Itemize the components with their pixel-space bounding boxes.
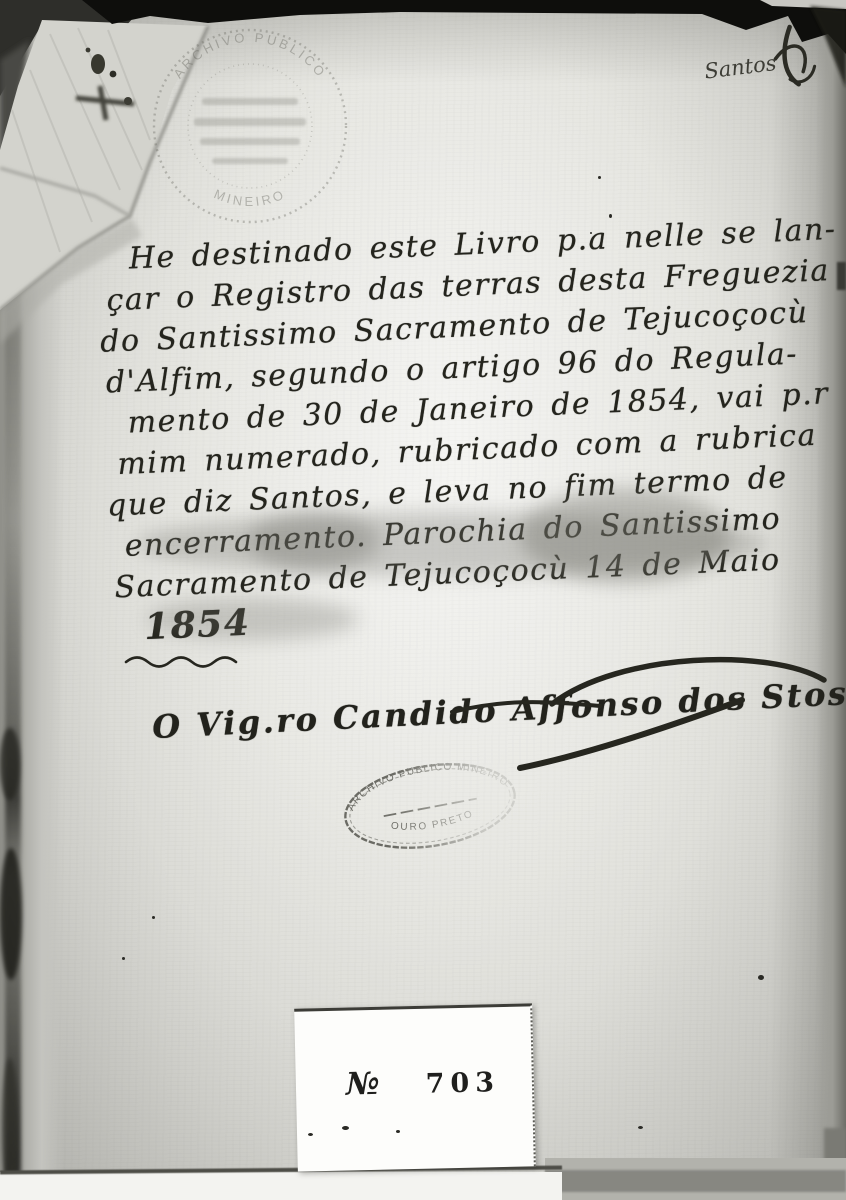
svg-text:ARCHIVO PUBLICO MINEIRO: ARCHIVO PUBLICO MINEIRO — [341, 751, 512, 814]
binding-blot — [0, 728, 20, 800]
ink-speck — [152, 916, 155, 919]
right-edge-mark — [837, 262, 846, 290]
ink-speck — [396, 1130, 400, 1133]
round-stamp-illegible-lines — [194, 98, 306, 164]
oval-stamp-arc-top: ARCHIVO PUBLICO MINEIRO — [341, 751, 512, 814]
round-stamp-arc-top: ARCHIVO PUBLICO — [170, 30, 329, 81]
archive-number-value: 703 — [425, 1067, 500, 1100]
ink-speck — [609, 214, 612, 218]
round-archive-stamp: ARCHIVO PUBLICO MINEIRO — [150, 26, 350, 226]
ink-speck — [122, 957, 125, 960]
archive-number-row: № 703 — [346, 1062, 533, 1102]
archive-number-label: № 703 — [294, 1003, 536, 1171]
ink-speck — [598, 176, 601, 179]
round-stamp-arc-bottom: MINEIRO — [212, 186, 288, 209]
binding-dark-streak — [5, 200, 21, 1200]
bottom-dark-band — [545, 1170, 846, 1192]
ink-speck — [638, 1126, 643, 1129]
ink-speck — [308, 1133, 313, 1136]
numero-sign: № — [346, 1066, 381, 1103]
bottom-scan-area-left — [0, 1172, 562, 1200]
ink-speck — [342, 1126, 349, 1130]
ink-speck — [590, 232, 592, 234]
handwritten-text-block: He destinado este Livro p.a nelle se lan… — [92, 209, 846, 650]
ink-speck — [758, 975, 764, 980]
svg-text:MINEIRO: MINEIRO — [212, 186, 288, 209]
svg-text:ARCHIVO PUBLICO: ARCHIVO PUBLICO — [170, 30, 329, 81]
scanned-page: ARCHIVO PUBLICO MINEIRO Santos He destin… — [0, 0, 846, 1200]
binding-blot — [0, 848, 22, 980]
